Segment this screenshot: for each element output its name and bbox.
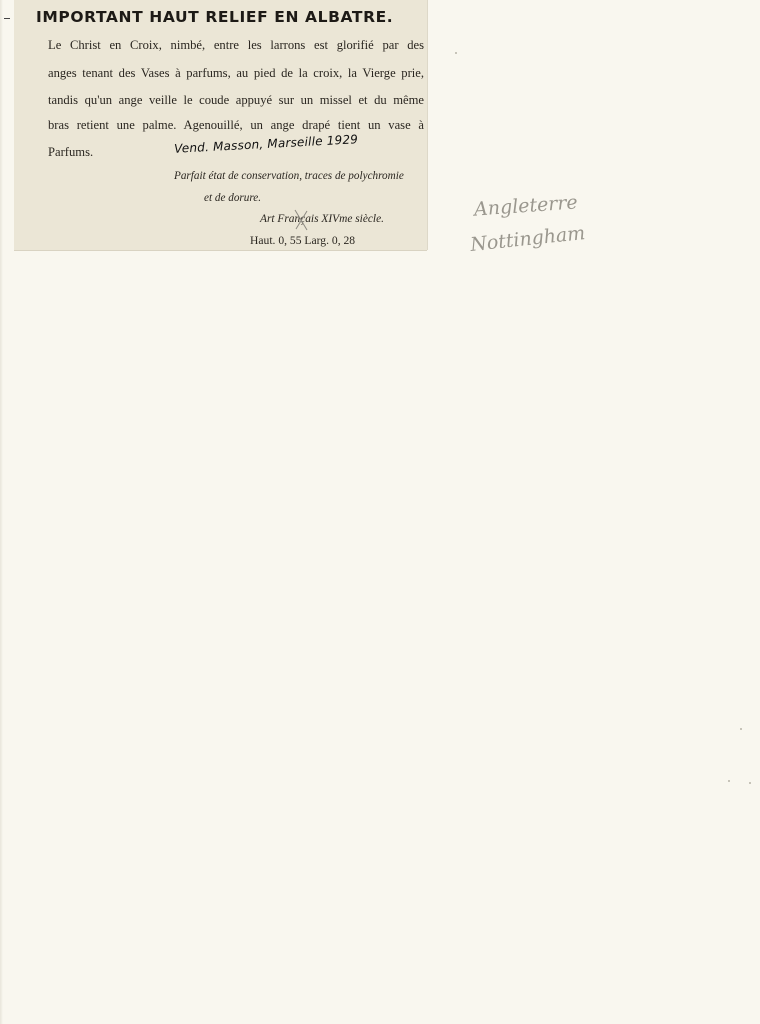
pencil-cross-mark bbox=[294, 209, 308, 231]
dimensions-line: Haut. 0, 55 Larg. 0, 28 bbox=[250, 234, 355, 247]
description-line: Le Christ en Croix, nimbé, entre les lar… bbox=[48, 38, 424, 53]
page-edge bbox=[0, 0, 3, 1024]
paper-speck bbox=[728, 780, 730, 782]
attribution-line: Art Français XIVme siècle. bbox=[260, 213, 384, 225]
pencil-annotation-country: Angleterre bbox=[473, 191, 578, 220]
description-line: anges tenant des Vases à parfums, au pie… bbox=[48, 66, 424, 81]
paper-speck bbox=[740, 728, 742, 730]
paper-speck bbox=[749, 782, 751, 784]
paper-speck bbox=[455, 52, 457, 54]
description-line: tandis qu'un ange veille le coude appuyé… bbox=[48, 93, 424, 108]
condition-line: et de dorure. bbox=[204, 192, 261, 204]
catalogue-clipping: IMPORTANT HAUT RELIEF EN ALBATRE. Le Chr… bbox=[14, 0, 427, 250]
description-line: bras retient une palme. Agenouillé, un a… bbox=[48, 118, 424, 133]
margin-dash bbox=[4, 18, 10, 19]
clipping-title: IMPORTANT HAUT RELIEF EN ALBATRE. bbox=[36, 8, 428, 26]
condition-line: Parfait état de conservation, traces de … bbox=[174, 170, 404, 182]
pencil-annotation-city: Nottingham bbox=[469, 222, 586, 256]
